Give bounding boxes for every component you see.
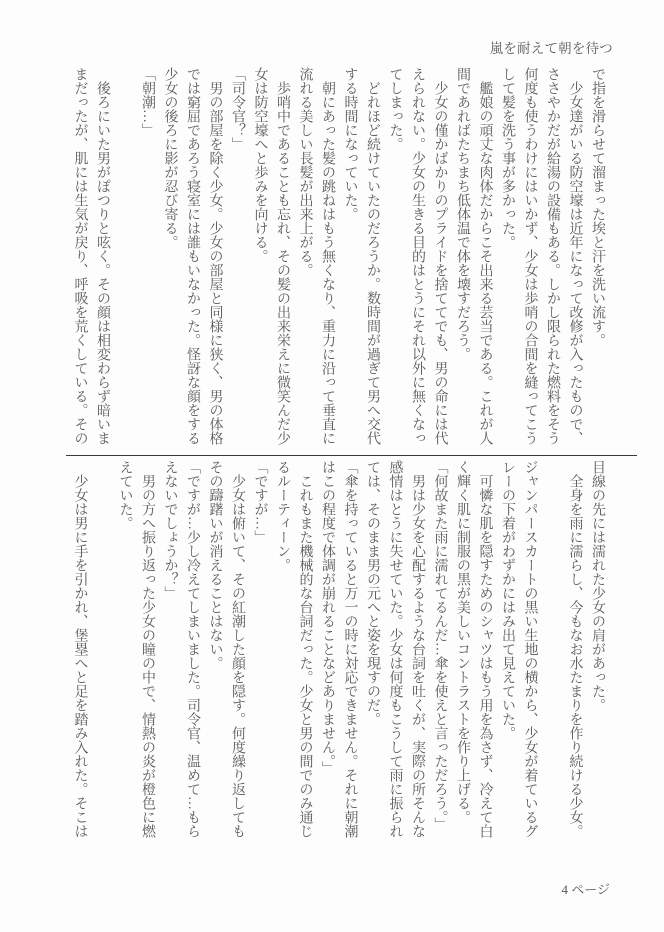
text-line: 「何故また雨に濡れてるんだ…傘を使えと言っただろう。」	[428, 460, 451, 838]
text-line	[541, 460, 564, 838]
text-line: する時間になっていた。	[338, 67, 361, 445]
text-line: 男の部屋を除く少女。少女の部屋と同様に狭く、男の体格	[203, 67, 226, 445]
text-line: 何度も使うわけにはいかず、少女は歩哨の合間を縫ってこう	[518, 67, 541, 445]
section-divider	[66, 455, 637, 456]
text-line: どれほど続けていたのだろうか。数時間が過ぎて男へ交代	[361, 67, 384, 445]
text-line: 少女の僅かばかりのプライドを捨ててでも、男の命には代	[428, 67, 451, 445]
text-line: 「ですが…少し冷えてしまいました。司令官、温めて…もら	[181, 460, 204, 838]
text-line: レーの下着がわずかにはみ出て見えていた。	[496, 460, 519, 838]
text-line: 「傘を持っていると万一の時に対応できません。それに朝潮	[338, 460, 361, 838]
text-line: ジャンパースカートの黒い生地の横から、少女が着ているグ	[518, 460, 541, 838]
text-line: 「ですが…」	[248, 460, 271, 838]
text-line: 間であればたちまち低体温で体を壊すだろう。	[451, 67, 474, 445]
page-header-title: 嵐を耐えて朝を待つ	[490, 37, 613, 57]
text-line: 可憐な肌を隠すためのシャツはもう用を為さず、冷えて白	[473, 460, 496, 838]
text-line	[113, 67, 136, 445]
text-line: その躊躇いが消えることはない。	[203, 460, 226, 838]
text-line: 少女は男に手を引かれ、堡塁へと足を踏み入れた。そこは	[68, 460, 91, 838]
text-line: 艦娘の頑丈な肉体だからこそ出来る芸当である。これが人	[473, 67, 496, 445]
text-line: 感情はとうに失せていた。少女は何度もこうして雨に振られ	[383, 460, 406, 838]
text-line: 流れる美しい長髪が出来上がる。	[293, 67, 316, 445]
text-line: ささやかだが給湯の設備もある。しかし限られた燃料をそう	[541, 67, 564, 445]
text-line: るルーティーン。	[271, 460, 294, 838]
text-line: 「朝潮…」	[136, 67, 159, 445]
text-line: く輝く肌に制服の黒が美しいコントラストを作り上げる。	[451, 460, 474, 838]
text-line: 少女は俯いて、その紅潮した顔を隠す。何度繰り返しても	[226, 460, 249, 838]
text-line: で指を滑らせて溜まった埃と汗を洗い流す。	[586, 67, 609, 445]
text-line: はこの程度で体調が崩れることなどありません。」	[316, 460, 339, 838]
document-page: 嵐を耐えて朝を待つ で指を滑らせて溜まった埃と汗を洗い流す。 少女達がいる防空壕…	[0, 0, 664, 932]
text-line: 目線の先には濡れた少女の肩があった。	[586, 460, 609, 838]
text-line: ては、そのまま男の元へと姿を現すのだ。	[361, 460, 384, 838]
text-line: 全身を雨に濡らし、今もなお水たまりを作り続ける少女。	[563, 460, 586, 838]
text-line	[91, 460, 114, 838]
text-line: 男は少女を心配するような台詞を吐くが、実際の所そんな	[406, 460, 429, 838]
text-line: では窮屈であろう寝室には誰もいなかった。怪訝な顔をする	[181, 67, 204, 445]
text-line: えないでしょうか？」	[158, 460, 181, 838]
text-band-bottom: 目線の先には濡れた少女の肩があった。 全身を雨に濡らし、今もなお水たまりを作り続…	[68, 460, 608, 838]
text-line: 歩哨中であることも忘れ、その髪の出来栄えに微笑んだ少	[271, 67, 294, 445]
text-line: 少女達がいる防空壕は近年になって改修が入ったもので、	[563, 67, 586, 445]
text-line: てしまった。	[383, 67, 406, 445]
text-line: えていた。	[113, 460, 136, 838]
text-line: 後ろにいた男がぽつりと呟く。その顔は相変わらず暗いま	[91, 67, 114, 445]
text-line: して髪を洗う事が多かった。	[496, 67, 519, 445]
text-line: 少女の後ろに影が忍び寄る。	[158, 67, 181, 445]
text-line: 男の方へ振り返った少女の瞳の中で、情熱の炎が橙色に燃	[136, 460, 159, 838]
text-line: 朝にあった髪の跳ねはもう無くなり、重力に沿って垂直に	[316, 67, 339, 445]
text-line: 女は防空壕へと歩みを向ける。	[248, 67, 271, 445]
text-line: えられない。少女の生きる目的はとうにそれ以外に無くなっ	[406, 67, 429, 445]
text-line: 「司令官？」	[226, 67, 249, 445]
text-band-top: で指を滑らせて溜まった埃と汗を洗い流す。 少女達がいる防空壕は近年になって改修が…	[68, 67, 608, 445]
text-line: これもまた機械的な台詞だった。少女と男の間でのみ通じ	[293, 460, 316, 838]
text-line: まだったが、肌には生気が戻り、呼吸を荒くしている。その	[68, 67, 91, 445]
page-number: 4 ページ	[562, 879, 611, 898]
